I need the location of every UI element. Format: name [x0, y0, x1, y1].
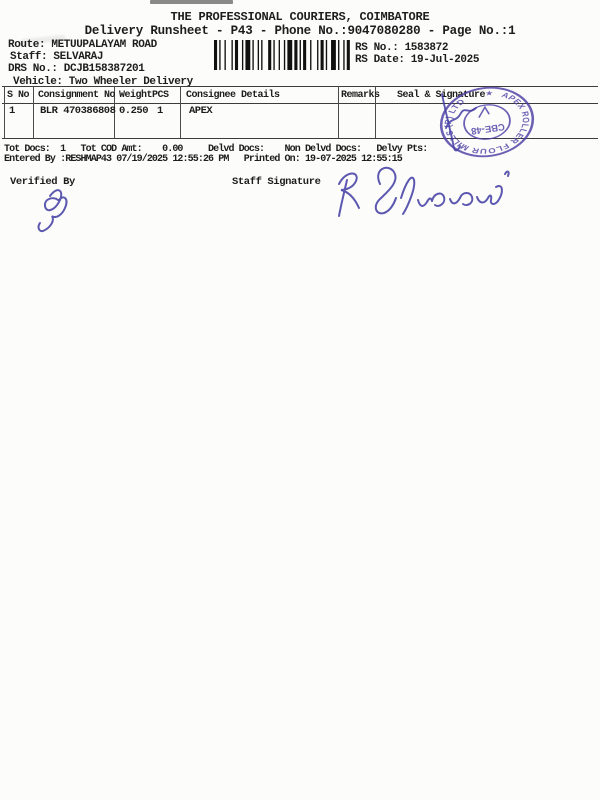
- rs-date-line: RS Date: 19-Jul-2025: [355, 54, 479, 66]
- cell-consignee: APEX: [189, 105, 212, 117]
- cell-pcs: 1: [157, 105, 163, 117]
- cell-weight: 0.250: [119, 105, 148, 117]
- staff-signature-label: Staff Signature: [232, 176, 321, 188]
- barcode: [214, 40, 352, 70]
- svg-text:★: ★: [484, 89, 494, 98]
- company-stamp: APEX ROLLER FLOUR MILLS (P) LTD ★ CBE-48: [427, 72, 547, 172]
- stamp-star-icon: ★: [484, 89, 494, 98]
- scan-artifact-bar: [150, 0, 233, 4]
- table-vline: [180, 86, 181, 138]
- staff-signature: [333, 162, 518, 227]
- table-vline: [338, 86, 339, 138]
- company-title: THE PROFESSIONAL COURIERS, COIMBATORE: [0, 10, 600, 24]
- col-header-weight: Weight: [119, 90, 152, 101]
- cell-sno: 1: [9, 105, 15, 117]
- col-header-sno: S No: [7, 90, 29, 101]
- col-header-consignee: Consignee Details: [186, 90, 280, 101]
- table-vline: [4, 86, 5, 138]
- stamp-center-text: CBE-48: [470, 121, 505, 137]
- route-line: Route: METUUPALAYAM ROAD: [8, 39, 157, 51]
- drs-no-line: DRS No.: DCJB158387201: [8, 63, 144, 75]
- col-header-pcs: PCS: [152, 90, 169, 101]
- table-vline: [33, 86, 34, 138]
- document-page: { "header": { "company": "THE PROFESSION…: [0, 0, 600, 800]
- staff-line: Staff: SELVARAJ: [10, 51, 103, 63]
- cell-consignment: BLR 470386808: [40, 105, 115, 117]
- rs-no-line: RS No.: 1583872: [355, 42, 448, 54]
- col-header-consignment: Consignment No: [38, 90, 115, 101]
- verified-signature: [28, 182, 88, 237]
- stamp-center-mark: [478, 107, 489, 117]
- runsheet-subtitle: Delivery Runsheet - P43 - Phone No.:9047…: [0, 24, 600, 38]
- col-header-remarks: Remarks: [341, 90, 380, 101]
